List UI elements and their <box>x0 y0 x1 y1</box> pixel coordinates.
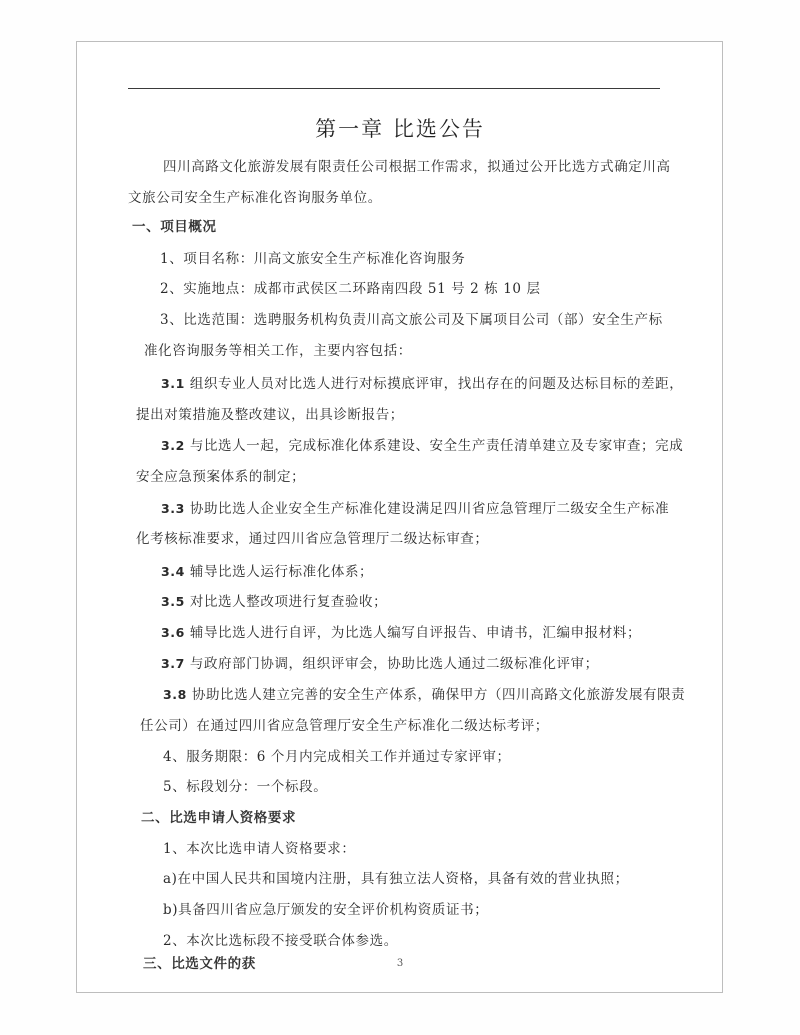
project-name: 1、项目名称：川高文旅安全生产标准化咨询服务 <box>160 247 465 267</box>
scope-line-1: 3、比选范围：选聘服务机构负责川高文旅公司及下属项目公司（部）安全生产标 <box>160 308 663 328</box>
lot-division: 5、标段划分：一个标段。 <box>163 775 327 795</box>
subitem-text: 协助比选人企业安全生产标准化建设满足四川省应急管理厅二级安全生产标准 <box>190 501 669 517</box>
qualification-intro: 1、本次比选申请人资格要求： <box>163 837 356 857</box>
section-heading-2: 二、比选申请人资格要求 <box>141 806 296 826</box>
section-heading-1: 一、项目概况 <box>132 215 217 235</box>
subitem-number: 3.7 <box>161 656 185 671</box>
subitem-text: 辅导比选人运行标准化体系； <box>190 564 373 580</box>
subitem-3-1-cont: 提出对策措施及整改建议，出具诊断报告； <box>136 403 404 423</box>
subitem-3-8: 3.8 协助比选人建立完善的安全生产体系，确保甲方（四川高路文化旅游发展有限责 <box>163 683 685 703</box>
subitem-text: 与比选人一起，完成标准化体系建设、安全生产责任清单建立及专家审查；完成 <box>190 438 684 454</box>
subitem-3-5: 3.5 对比选人整改项进行复查验收； <box>161 590 387 610</box>
subitem-3-6: 3.6 辅导比选人进行自评，为比选人编写自评报告、申请书，汇编申报材料； <box>161 621 641 641</box>
subitem-3-3-cont: 化考核标准要求，通过四川省应急管理厅二级达标审查； <box>136 527 489 547</box>
no-consortium: 2、本次比选标段不接受联合体参选。 <box>163 929 398 949</box>
subitem-3-1: 3.1 组织专业人员对比选人进行对标摸底评审，找出存在的问题及达标目标的差距， <box>161 372 683 392</box>
project-location: 2、实施地点：成都市武侯区二环路南四段 51 号 2 栋 10 层 <box>160 277 541 297</box>
subitem-number: 3.4 <box>161 564 185 579</box>
scope-line-2: 准化咨询服务等相关工作，主要内容包括： <box>144 339 412 359</box>
intro-line-2: 文旅公司安全生产标准化咨询服务单位。 <box>128 186 382 206</box>
subitem-3-2-cont: 安全应急预案体系的制定； <box>136 465 305 485</box>
subitem-text: 协助比选人建立完善的安全生产体系，确保甲方（四川高路文化旅游发展有限责 <box>192 687 686 703</box>
subitem-number: 3.1 <box>161 376 185 391</box>
subitem-3-4: 3.4 辅导比选人运行标准化体系； <box>161 560 373 580</box>
header-rule <box>128 88 660 89</box>
subitem-number: 3.2 <box>161 438 185 453</box>
subitem-number: 3.5 <box>161 594 185 609</box>
subitem-text: 与政府部门协调，组织评审会，协助比选人通过二级标准化评审； <box>190 656 599 672</box>
service-period: 4、服务期限：6 个月内完成相关工作并通过专家评审； <box>163 745 511 765</box>
subitem-number: 3.3 <box>161 501 185 516</box>
subitem-number: 3.6 <box>161 625 185 640</box>
qualification-b: b)具备四川省应急厅颁发的安全评价机构资质证书； <box>163 898 488 918</box>
chapter-title: 第一章 比选公告 <box>0 113 800 143</box>
subitem-text: 组织专业人员对比选人进行对标摸底评审，找出存在的问题及达标目标的差距， <box>190 376 684 392</box>
subitem-3-8-cont: 任公司）在通过四川省应急管理厅安全生产标准化二级达标考评； <box>140 714 549 734</box>
subitem-text: 对比选人整改项进行复查验收； <box>190 594 387 610</box>
subitem-number: 3.8 <box>163 687 187 702</box>
subitem-3-2: 3.2 与比选人一起，完成标准化体系建设、安全生产责任清单建立及专家审查；完成 <box>161 434 683 454</box>
subitem-text: 辅导比选人进行自评，为比选人编写自评报告、申请书，汇编申报材料； <box>190 625 641 641</box>
subitem-3-3: 3.3 协助比选人企业安全生产标准化建设满足四川省应急管理厅二级安全生产标准 <box>161 497 669 517</box>
page-number: 3 <box>0 958 800 969</box>
qualification-a: a)在中国人民共和国境内注册，具有独立法人资格，具备有效的营业执照； <box>163 867 629 887</box>
subitem-3-7: 3.7 与政府部门协调，组织评审会，协助比选人通过二级标准化评审； <box>161 652 599 672</box>
intro-line-1: 四川高路文化旅游发展有限责任公司根据工作需求，拟通过公开比选方式确定川高 <box>163 155 671 175</box>
